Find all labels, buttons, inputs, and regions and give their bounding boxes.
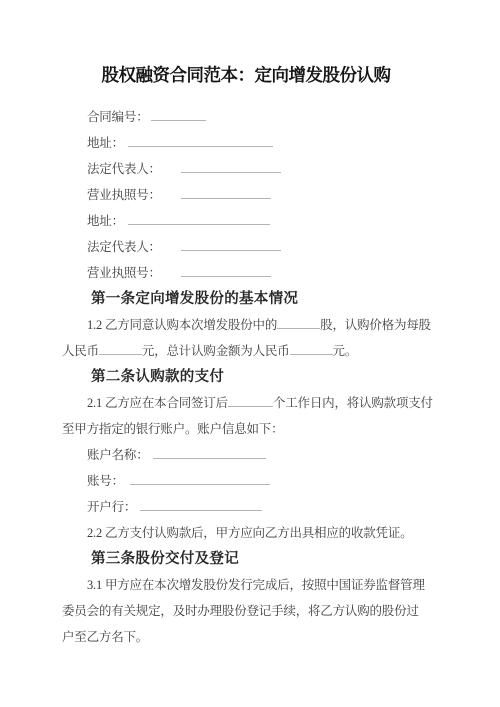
form-label: 地址： bbox=[87, 214, 124, 228]
form-line: 地址： bbox=[62, 208, 430, 234]
form-label: 开户行： bbox=[87, 500, 136, 514]
blank-underline bbox=[290, 341, 333, 355]
blank-underline bbox=[140, 497, 262, 511]
text-segment: 个工作日内，将认购款项支付 bbox=[273, 396, 433, 410]
text-segment: 元，总计认购金额为人民币 bbox=[142, 344, 290, 358]
form-line: 地址： bbox=[62, 130, 430, 156]
text-segment: 元。 bbox=[333, 344, 358, 358]
blank-underline bbox=[128, 211, 270, 225]
text-segment: 委员会的有关规定，及时办理股份登记手续，将乙方认购的股份过 bbox=[62, 604, 419, 618]
blank-underline bbox=[99, 341, 142, 355]
text-segment: 至甲方指定的银行账户。账户信息如下： bbox=[62, 422, 283, 436]
section-heading: 第三条股份交付及登记 bbox=[62, 546, 430, 572]
paragraph-line: 2.2 乙方支付认购款后，甲方应向乙方出具相应的收款凭证。 bbox=[62, 520, 430, 546]
text-segment: 2.1 乙方应在本合同签订后 bbox=[87, 396, 228, 410]
blank-underline bbox=[181, 237, 281, 251]
paragraph-line: 户至乙方名下。 bbox=[62, 624, 430, 650]
paragraph-line: 至甲方指定的银行账户。账户信息如下： bbox=[62, 416, 430, 442]
section-heading: 第二条认购款的支付 bbox=[62, 364, 430, 390]
form-label: 合同编号： bbox=[87, 110, 149, 124]
form-label: 账户名称： bbox=[87, 448, 149, 462]
form-line: 账户名称： bbox=[62, 442, 430, 468]
form-line: 账号： bbox=[62, 468, 430, 494]
blank-underline bbox=[228, 393, 273, 407]
document-title: 股权融资合同范本：定向增发股份认购 bbox=[62, 62, 430, 88]
text-segment: 1.2 乙方同意认购本次增发股份中的 bbox=[87, 318, 277, 332]
form-label: 法定代表人： bbox=[87, 162, 161, 176]
blank-underline bbox=[181, 185, 271, 199]
document-body: 合同编号：地址：法定代表人：营业执照号：地址：法定代表人：营业执照号：第一条定向… bbox=[62, 104, 430, 650]
paragraph-line: 1.2 乙方同意认购本次增发股份中的股，认购价格为每股 bbox=[62, 312, 430, 338]
text-segment: 3.1 甲方应在本次增发股份发行完成后，按照中国证券监督管理 bbox=[87, 578, 425, 592]
form-line: 开户行： bbox=[62, 494, 430, 520]
text-segment: 人民币 bbox=[62, 344, 99, 358]
blank-underline bbox=[181, 159, 281, 173]
form-label: 账号： bbox=[87, 474, 124, 488]
blank-underline bbox=[153, 445, 266, 459]
blank-underline bbox=[181, 263, 271, 277]
text-segment: 股，认购价格为每股 bbox=[320, 318, 431, 332]
paragraph-line: 2.1 乙方应在本合同签订后个工作日内，将认购款项支付 bbox=[62, 390, 430, 416]
form-label: 营业执照号： bbox=[87, 266, 161, 280]
form-line: 合同编号： bbox=[62, 104, 430, 130]
form-label: 营业执照号： bbox=[87, 188, 161, 202]
blank-underline bbox=[277, 315, 320, 329]
blank-underline bbox=[151, 107, 206, 121]
form-line: 法定代表人： bbox=[62, 156, 430, 182]
blank-underline bbox=[128, 133, 273, 147]
form-label: 地址： bbox=[87, 136, 124, 150]
contract-document-page: 股权融资合同范本：定向增发股份认购 合同编号：地址：法定代表人：营业执照号：地址… bbox=[0, 0, 500, 707]
paragraph-line: 人民币元，总计认购金额为人民币元。 bbox=[62, 338, 430, 364]
form-line: 法定代表人： bbox=[62, 234, 430, 260]
paragraph-line: 委员会的有关规定，及时办理股份登记手续，将乙方认购的股份过 bbox=[62, 598, 430, 624]
blank-underline bbox=[130, 471, 270, 485]
section-heading: 第一条定向增发股份的基本情况 bbox=[62, 286, 430, 312]
form-line: 营业执照号： bbox=[62, 182, 430, 208]
text-segment: 2.2 乙方支付认购款后，甲方应向乙方出具相应的收款凭证。 bbox=[87, 526, 412, 540]
text-segment: 户至乙方名下。 bbox=[62, 630, 148, 644]
form-line: 营业执照号： bbox=[62, 260, 430, 286]
paragraph-line: 3.1 甲方应在本次增发股份发行完成后，按照中国证券监督管理 bbox=[62, 572, 430, 598]
form-label: 法定代表人： bbox=[87, 240, 161, 254]
